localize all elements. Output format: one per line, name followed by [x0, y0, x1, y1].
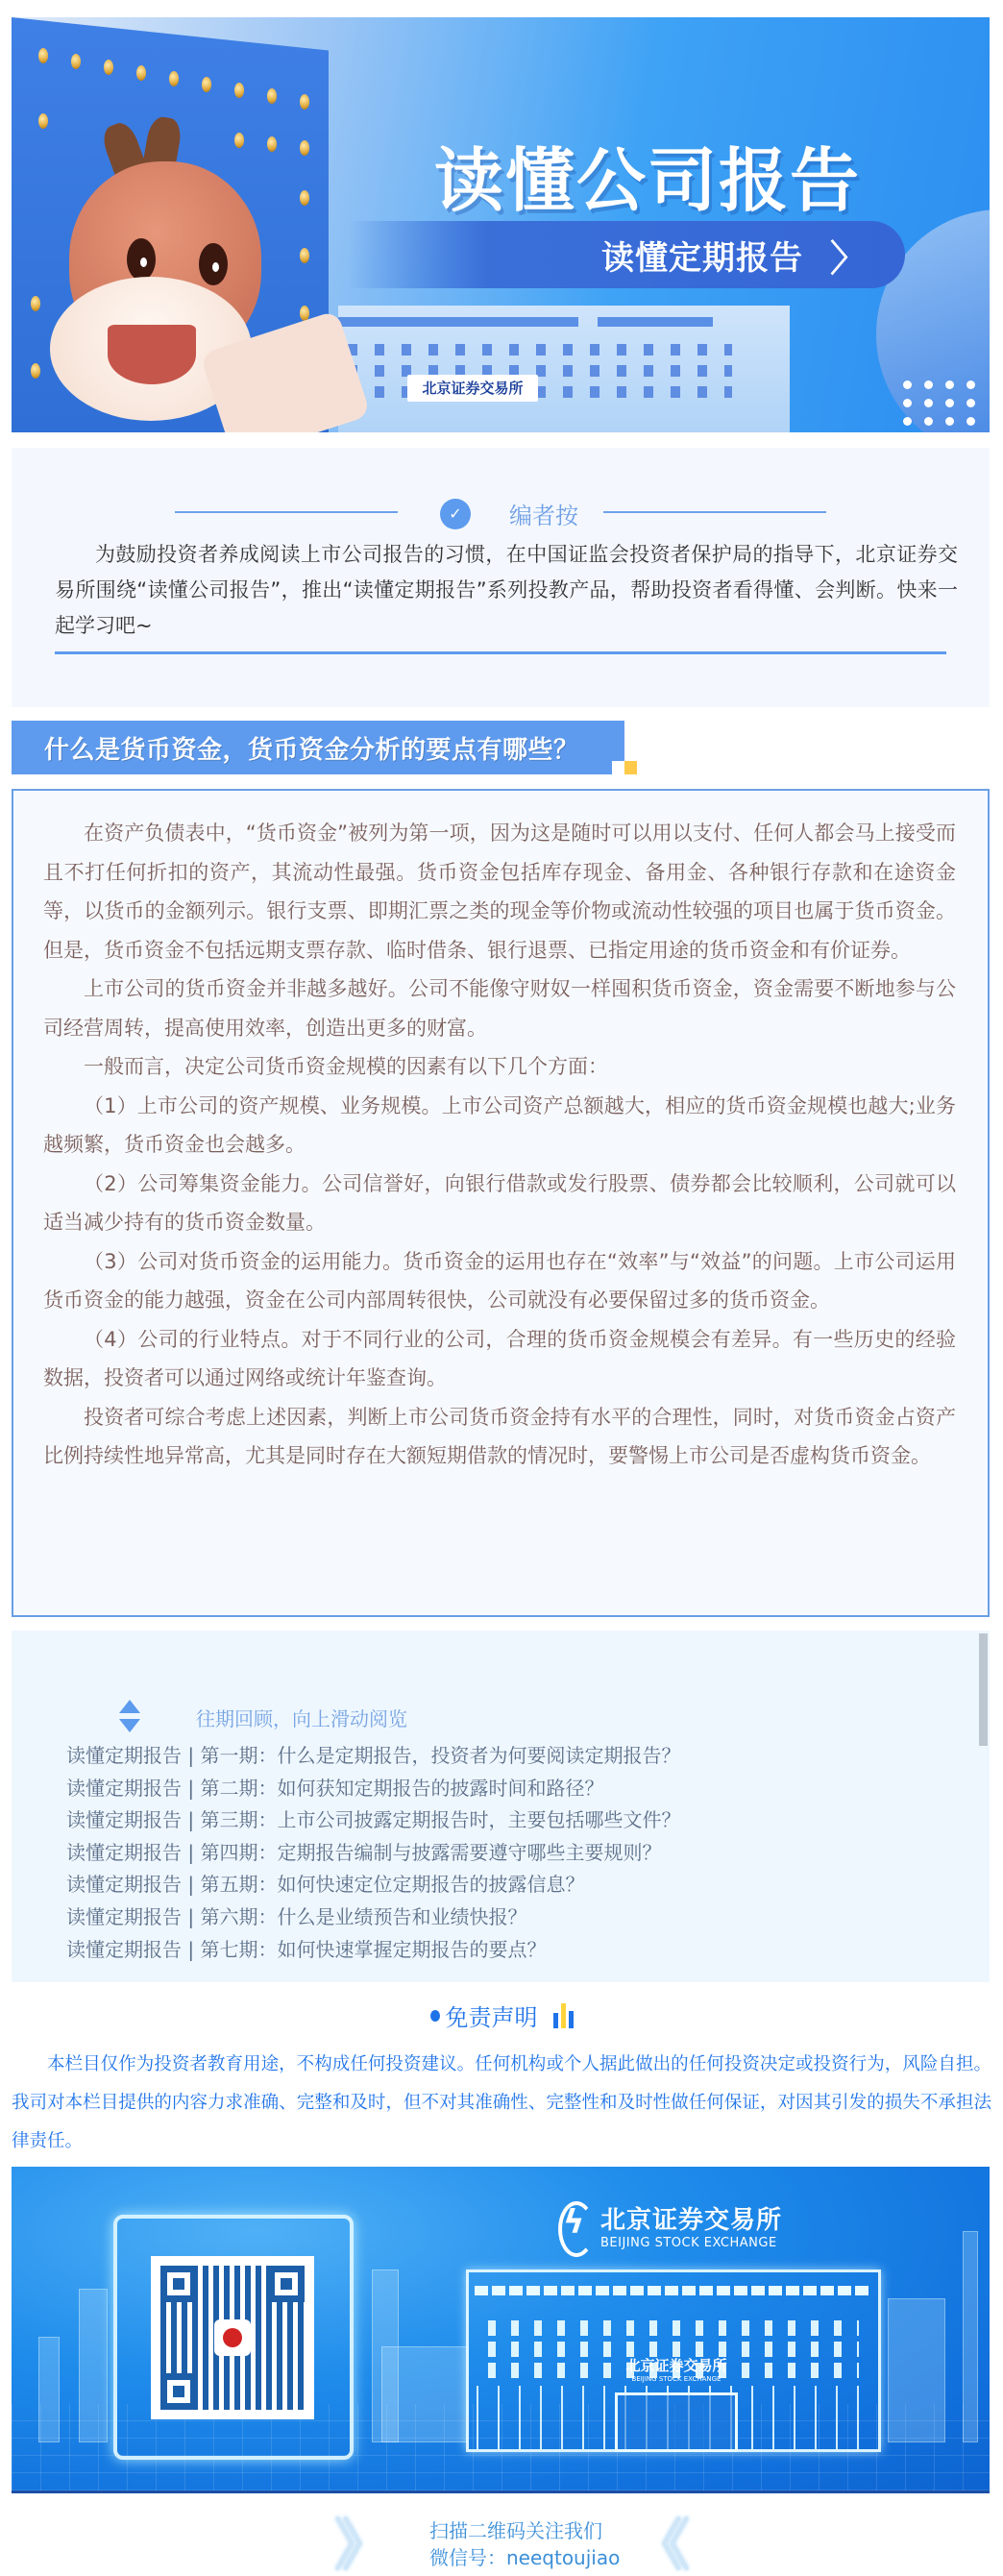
editor-note-title: 编者按 — [509, 497, 578, 530]
past-issue-link[interactable]: 读懂定期报告 | 第一期：什么是定期报告，投资者为何要阅读定期报告？ — [66, 1740, 680, 1773]
hero-banner[interactable]: 北京证券交易所 读懂公司报告 读懂定期报告 〉 — [12, 17, 990, 432]
past-issues-scroll-box[interactable]: 往期回顾，向上滑动阅览 读懂定期报告 | 第一期：什么是定期报告，投资者为何要阅… — [12, 1631, 990, 1982]
paragraph: 一般而言，决定公司货币资金规模的因素有以下几个方面： — [43, 1047, 956, 1087]
disclaimer-body: 本栏目仅作为投资者教育用途，不构成任何投资建议。任何机构或个人据此做出的任何投资… — [12, 2046, 991, 2161]
paragraph: （2）公司筹集资金能力。公司信誉好，向银行借款或发行股票、债券都会比较顺利，公司… — [43, 1165, 956, 1242]
past-issues-list: 读懂定期报告 | 第一期：什么是定期报告，投资者为何要阅读定期报告？ 读懂定期报… — [66, 1740, 680, 1966]
skyline-decoration — [963, 2231, 978, 2442]
heading-accent-square — [624, 761, 637, 774]
divider-bottom — [55, 651, 946, 654]
paragraph: 投资者可综合考虑上述因素，判断上市公司货币资金持有水平的合理性，同时，对货币资金… — [43, 1398, 956, 1476]
scroll-hint: 往期回顾，向上滑动阅览 — [196, 1704, 407, 1731]
past-issue-link[interactable]: 读懂定期报告 | 第六期：什么是业绩预告和业绩快报？ — [66, 1901, 680, 1934]
editor-note: ✓ 编者按 为鼓励投资者养成阅读上市公司报告的习惯，在中国证监会投资者保护局的指… — [12, 448, 990, 707]
follow-footer: 》 扫描二维码关注我们 微信号：neeqtoujiao 《 — [0, 2508, 1003, 2575]
paragraph: 在资产负债表中，“货币资金”被列为第一项，因为这是随时可以用以支付、任何人都会马… — [43, 814, 956, 969]
check-circle-icon: ✓ — [440, 499, 471, 529]
exchange-hq-illustration: 北京证券交易所 BEIJING STOCK EXCHANGE — [466, 2269, 881, 2452]
bullet-dot-icon — [430, 2010, 440, 2022]
bse-logo: 北京证券交易所 BEIJING STOCK EXCHANGE — [556, 2196, 782, 2255]
disclaimer-heading: 免责声明 — [0, 1999, 1003, 2032]
qr-center-logo — [214, 2319, 251, 2356]
paragraph: （3）公司对货币资金的运用能力。货币资金的运用也存在“效率”与“效益”的问题。上… — [43, 1242, 956, 1320]
double-chevron-left-icon: 《 — [634, 2517, 690, 2573]
follow-us-banner: 北京证券交易所 BEIJING STOCK EXCHANGE 北京证券交易所 B… — [12, 2167, 990, 2493]
past-issue-link[interactable]: 读懂定期报告 | 第七期：如何快速掌握定期报告的要点？ — [66, 1934, 680, 1967]
article-body: 在资产负债表中，“货币资金”被列为第一项，因为这是随时可以用以支付、任何人都会马… — [12, 789, 990, 1617]
skyline-decoration — [381, 2346, 468, 2442]
cta-label: 读懂定期报告 — [601, 232, 803, 279]
banner-title: 读懂公司报告 — [434, 125, 861, 225]
dot-grid-decoration — [903, 380, 978, 426]
past-issue-link[interactable]: 读懂定期报告 | 第三期：上市公司披露定期报告时，主要包括哪些文件？ — [66, 1804, 680, 1837]
bse-lightning-icon — [556, 2196, 589, 2255]
hq-sign-en: BEIJING STOCK EXCHANGE — [592, 2375, 761, 2383]
paragraph: （1）上市公司的资产规模、业务规模。上市公司资产总额越大，相应的货币资金规模也越… — [43, 1087, 956, 1165]
heading-notch — [612, 761, 624, 774]
past-issue-link[interactable]: 读懂定期报告 | 第二期：如何获知定期报告的披露时间和路径？ — [66, 1773, 680, 1805]
past-issue-link[interactable]: 读懂定期报告 | 第五期：如何快速定位定期报告的披露信息？ — [66, 1869, 680, 1901]
scrollbar-thumb[interactable] — [979, 1633, 988, 1746]
bse-logo-cn: 北京证券交易所 — [600, 2200, 782, 2236]
double-chevron-right-icon: 》 — [334, 2517, 390, 2573]
read-periodic-report-button[interactable]: 读懂定期报告 〉 — [348, 221, 905, 288]
hq-sign-cn: 北京证券交易所 — [592, 2355, 761, 2375]
wechat-qr-code[interactable] — [151, 2256, 314, 2419]
up-down-arrows-icon — [119, 1700, 140, 1732]
exchange-plaque: 北京证券交易所 — [407, 375, 538, 402]
skyline-decoration — [888, 2298, 945, 2442]
section-heading-text: 什么是货币资金，货币资金分析的要点有哪些？ — [44, 730, 579, 766]
exchange-building-illustration — [338, 306, 790, 432]
paragraph: （4）公司的行业特点。对于不同行业的公司，合理的货币资金规模会有差异。有一些历史… — [43, 1320, 956, 1398]
skyline-decoration — [79, 2289, 108, 2442]
skyline-decoration — [38, 2337, 60, 2442]
follow-text: 扫描二维码关注我们 — [429, 2515, 602, 2543]
divider-right — [603, 511, 826, 513]
paragraph: 上市公司的货币资金并非越多越好。公司不能像守财奴一样囤积货币资金，资金需要不断地… — [43, 969, 956, 1047]
section-heading: 什么是货币资金，货币资金分析的要点有哪些？ — [12, 721, 624, 774]
past-issue-link[interactable]: 读懂定期报告 | 第四期：定期报告编制与披露需要遵守哪些主要规则？ — [66, 1837, 680, 1870]
wechat-id: 微信号：neeqtoujiao — [429, 2542, 620, 2570]
bar-chart-icon — [553, 2003, 574, 2028]
bull-mascot-illustration — [31, 123, 348, 432]
editor-note-body: 为鼓励投资者养成阅读上市公司报告的习惯，在中国证监会投资者保护局的指导下，北京证… — [55, 537, 958, 644]
chevron-right-icon: 〉 — [830, 229, 867, 282]
bse-logo-en: BEIJING STOCK EXCHANGE — [600, 2236, 782, 2250]
disclaimer-title: 免责声明 — [446, 1999, 538, 2032]
scrollbar[interactable] — [980, 1631, 990, 1982]
divider-left — [175, 511, 398, 513]
